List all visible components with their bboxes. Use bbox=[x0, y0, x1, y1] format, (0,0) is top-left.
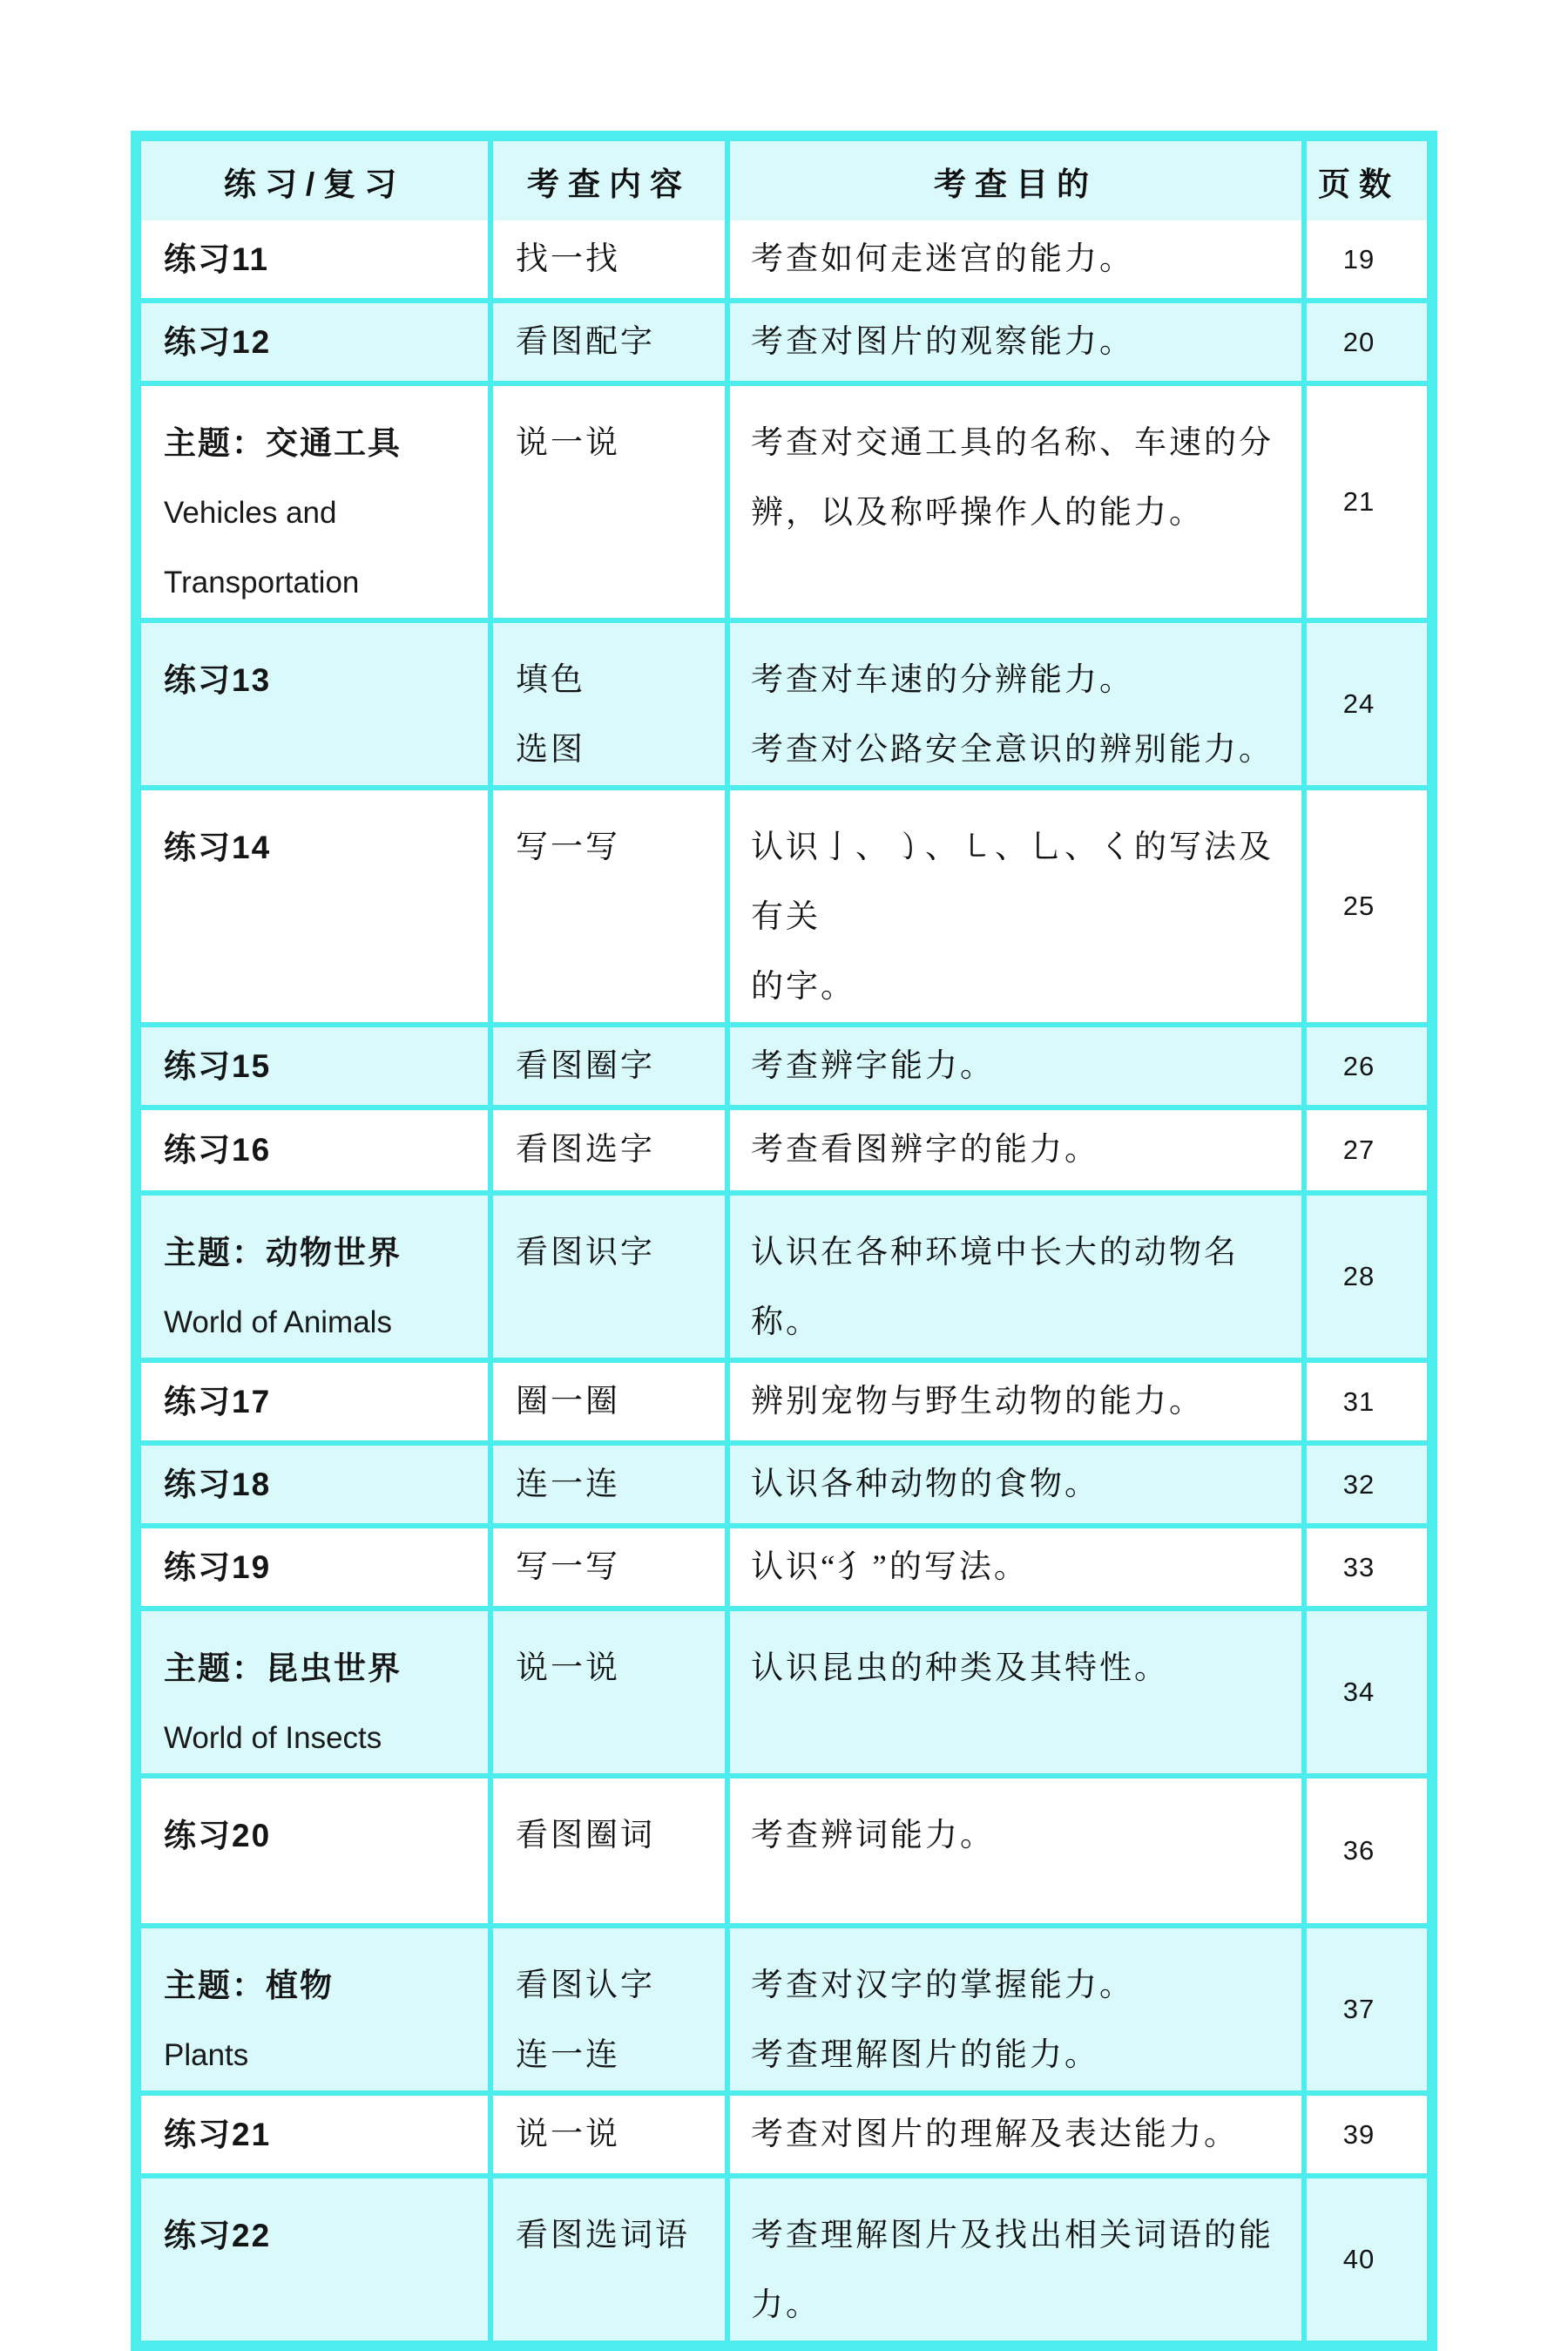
cell-text-line: 练习18 bbox=[164, 1450, 479, 1520]
cell-text-line: 考查对汉字的掌握能力。 bbox=[751, 1951, 1288, 2021]
purpose-cell: 考查对图片的理解及表达能力。 bbox=[725, 2096, 1301, 2173]
page-cell: 28 bbox=[1301, 1196, 1411, 1358]
header-page-number: 页数 bbox=[1301, 141, 1411, 220]
cell-text-line: 主题：植物 bbox=[164, 1951, 479, 2021]
page-cell: 39 bbox=[1301, 2096, 1411, 2173]
cell-text-line: 辨，以及称呼操作人的能力。 bbox=[751, 478, 1288, 548]
content-lines: 说一说 bbox=[493, 2100, 725, 2170]
page-cell: 25 bbox=[1301, 790, 1411, 1022]
cell-text-line: 考查对交通工具的名称、车速的分 bbox=[751, 409, 1288, 478]
page-cell: 27 bbox=[1301, 1110, 1411, 1190]
exercise-lines: 练习21 bbox=[141, 2100, 488, 2170]
cell-text-line: 考查对图片的理解及表达能力。 bbox=[751, 2100, 1288, 2170]
exercise-lines: 练习14 bbox=[141, 813, 488, 883]
header-exercise-review-label: 练习/复习 bbox=[141, 158, 488, 205]
content-cell: 看图圈字 bbox=[488, 1027, 725, 1105]
cell-text-line: 圈一圈 bbox=[516, 1367, 718, 1437]
purpose-lines: 考查对图片的理解及表达能力。 bbox=[730, 2100, 1301, 2170]
content-lines: 说一说 bbox=[493, 409, 725, 478]
exercise-cell: 练习12 bbox=[141, 303, 488, 381]
cell-text-line: 看图圈字 bbox=[516, 1032, 718, 1101]
cell-text-line: 练习16 bbox=[164, 1115, 479, 1185]
cell-text-line: 认识各种动物的食物。 bbox=[751, 1450, 1288, 1520]
content-cell: 找一找 bbox=[488, 220, 725, 298]
header-test-purpose: 考查目的 bbox=[725, 141, 1301, 220]
purpose-cell: 考查如何走迷宫的能力。 bbox=[725, 220, 1301, 298]
content-cell: 说一说 bbox=[488, 386, 725, 618]
content-cell: 看图选字 bbox=[488, 1110, 725, 1190]
cell-text-line: 认识昆虫的种类及其特性。 bbox=[751, 1634, 1288, 1704]
page-number: 24 bbox=[1343, 688, 1375, 720]
exercise-lines: 练习11 bbox=[141, 225, 488, 295]
cell-text-line: 辨别宠物与野生动物的能力。 bbox=[751, 1367, 1288, 1437]
page-number: 20 bbox=[1343, 327, 1375, 358]
cell-text-line: 考查辨字能力。 bbox=[751, 1032, 1288, 1101]
page-cell: 21 bbox=[1301, 386, 1411, 618]
content-cell: 填色选图 bbox=[488, 623, 725, 785]
purpose-cell: 考查辨词能力。 bbox=[725, 1778, 1301, 1923]
table-row: 主题：昆虫世界World of Insects 说一说 认识昆虫的种类及其特性。… bbox=[141, 1606, 1427, 1773]
page-cell: 31 bbox=[1301, 1363, 1411, 1440]
cell-text-line: 看图配字 bbox=[516, 308, 718, 377]
content-lines: 看图识字 bbox=[493, 1218, 725, 1288]
table-row: 练习14 写一写 认识亅、㇁、㇄、乚、く的写法及有关的字。 25 bbox=[141, 785, 1427, 1022]
table-row: 练习12 看图配字 考查对图片的观察能力。 20 bbox=[141, 298, 1427, 381]
cell-text-line: 练习13 bbox=[164, 646, 479, 715]
cell-text-line: 看图选字 bbox=[516, 1115, 718, 1185]
page-cell: 26 bbox=[1301, 1027, 1411, 1105]
exercise-cell: 练习13 bbox=[141, 623, 488, 785]
cell-text-line: 看图选词语 bbox=[516, 2201, 718, 2271]
cell-text-line: World of Insects bbox=[164, 1704, 479, 1773]
header-test-purpose-label: 考查目的 bbox=[730, 158, 1301, 205]
exercise-cell: 练习15 bbox=[141, 1027, 488, 1105]
page-number: 21 bbox=[1343, 486, 1375, 518]
exercise-cell: 主题：昆虫世界World of Insects bbox=[141, 1611, 488, 1773]
table-row: 练习13 填色选图 考查对车速的分辨能力。考查对公路安全意识的辨别能力。 24 bbox=[141, 618, 1427, 785]
page-cell: 24 bbox=[1301, 623, 1411, 785]
table-row: 练习16 看图选字 考查看图辨字的能力。 27 bbox=[141, 1105, 1427, 1190]
purpose-cell: 考查辨字能力。 bbox=[725, 1027, 1301, 1105]
cell-text-line: 主题：昆虫世界 bbox=[164, 1634, 479, 1704]
exercise-lines: 练习12 bbox=[141, 308, 488, 377]
content-lines: 找一找 bbox=[493, 225, 725, 295]
cell-text-line: 考查理解图片的能力。 bbox=[751, 2021, 1288, 2090]
cell-text-line: Plants bbox=[164, 2021, 479, 2090]
exercise-lines: 练习16 bbox=[141, 1115, 488, 1185]
purpose-cell: 考查对图片的观察能力。 bbox=[725, 303, 1301, 381]
page-cell: 32 bbox=[1301, 1446, 1411, 1523]
content-lines: 看图选字 bbox=[493, 1115, 725, 1185]
content-cell: 说一说 bbox=[488, 1611, 725, 1773]
page-number: 25 bbox=[1343, 891, 1375, 922]
exercise-cell: 练习19 bbox=[141, 1528, 488, 1606]
cell-text-line: 看图圈词 bbox=[516, 1801, 718, 1871]
cell-text-line: 连一连 bbox=[516, 2021, 718, 2090]
content-lines: 看图配字 bbox=[493, 308, 725, 377]
content-cell: 说一说 bbox=[488, 2096, 725, 2173]
header-page-number-label: 页数 bbox=[1318, 158, 1400, 205]
page-cell: 36 bbox=[1301, 1778, 1411, 1923]
cell-text-line: 选图 bbox=[516, 715, 718, 785]
exercise-cell: 练习18 bbox=[141, 1446, 488, 1523]
cell-text-line: 考查对公路安全意识的辨别能力。 bbox=[751, 715, 1288, 785]
page-number: 37 bbox=[1343, 1994, 1375, 2025]
purpose-lines: 辨别宠物与野生动物的能力。 bbox=[730, 1367, 1301, 1437]
content-cell: 圈一圈 bbox=[488, 1363, 725, 1440]
header-exercise-review: 练习/复习 bbox=[141, 141, 488, 220]
content-cell: 写一写 bbox=[488, 790, 725, 1022]
content-cell: 连一连 bbox=[488, 1446, 725, 1523]
table-row: 练习19 写一写 认识“犭”的写法。 33 bbox=[141, 1523, 1427, 1606]
page-cell: 19 bbox=[1301, 220, 1411, 298]
exercise-lines: 练习17 bbox=[141, 1367, 488, 1437]
table-row: 练习15 看图圈字 考查辨字能力。 26 bbox=[141, 1022, 1427, 1105]
purpose-cell: 考查对车速的分辨能力。考查对公路安全意识的辨别能力。 bbox=[725, 623, 1301, 785]
purpose-lines: 考查对车速的分辨能力。考查对公路安全意识的辨别能力。 bbox=[730, 646, 1301, 785]
content-cell: 看图配字 bbox=[488, 303, 725, 381]
table-row: 练习18 连一连 认识各种动物的食物。 32 bbox=[141, 1440, 1427, 1523]
content-lines: 看图选词语 bbox=[493, 2201, 725, 2271]
exercise-cell: 练习22 bbox=[141, 2178, 488, 2341]
content-cell: 看图认字连一连 bbox=[488, 1928, 725, 2090]
purpose-lines: 考查对图片的观察能力。 bbox=[730, 308, 1301, 377]
cell-text-line: 看图认字 bbox=[516, 1951, 718, 2021]
table-row: 主题：植物Plants 看图认字连一连 考查对汉字的掌握能力。考查理解图片的能力… bbox=[141, 1923, 1427, 2090]
purpose-cell: 考查对汉字的掌握能力。考查理解图片的能力。 bbox=[725, 1928, 1301, 2090]
exercise-cell: 主题：动物世界World of Animals bbox=[141, 1196, 488, 1358]
exercise-lines: 练习18 bbox=[141, 1450, 488, 1520]
content-lines: 看图圈词 bbox=[493, 1801, 725, 1871]
table-row: 练习11 找一找 考查如何走迷宫的能力。 19 bbox=[141, 220, 1427, 298]
exercise-lines: 主题：动物世界World of Animals bbox=[141, 1218, 488, 1358]
cell-text-line: 练习11 bbox=[164, 225, 479, 295]
exercise-lines: 主题：昆虫世界World of Insects bbox=[141, 1634, 488, 1773]
cell-text-line: 认识“犭”的写法。 bbox=[751, 1533, 1288, 1602]
exercise-lines: 主题：植物Plants bbox=[141, 1951, 488, 2090]
cell-text-line: 考查看图辨字的能力。 bbox=[751, 1115, 1288, 1185]
content-cell: 看图识字 bbox=[488, 1196, 725, 1358]
cell-text-line: 考查对图片的观察能力。 bbox=[751, 308, 1288, 377]
cell-text-line: 考查对车速的分辨能力。 bbox=[751, 646, 1288, 715]
table-row: 练习17 圈一圈 辨别宠物与野生动物的能力。 31 bbox=[141, 1358, 1427, 1440]
purpose-lines: 认识在各种环境中长大的动物名称。 bbox=[730, 1218, 1301, 1358]
purpose-cell: 考查对交通工具的名称、车速的分辨，以及称呼操作人的能力。 bbox=[725, 386, 1301, 618]
cell-text-line: 主题：交通工具 bbox=[164, 409, 479, 478]
page-cell: 34 bbox=[1301, 1611, 1411, 1773]
exercise-lines: 练习22 bbox=[141, 2201, 488, 2271]
cell-text-line: 写一写 bbox=[516, 1533, 718, 1602]
cell-text-line: 练习22 bbox=[164, 2201, 479, 2271]
cell-text-line: 的字。 bbox=[751, 952, 1288, 1022]
exercise-lines: 练习20 bbox=[141, 1801, 488, 1871]
exercise-lines: 练习13 bbox=[141, 646, 488, 715]
cell-text-line: 连一连 bbox=[516, 1450, 718, 1520]
cell-text-line: 练习12 bbox=[164, 308, 479, 377]
exercise-lines: 练习19 bbox=[141, 1533, 488, 1602]
content-lines: 写一写 bbox=[493, 1533, 725, 1602]
exercise-lines: 练习15 bbox=[141, 1032, 488, 1101]
table-row: 练习22 看图选词语 考查理解图片及找出相关词语的能力。 40 bbox=[141, 2173, 1427, 2341]
exercise-cell: 练习14 bbox=[141, 790, 488, 1022]
cell-text-line: 看图识字 bbox=[516, 1218, 718, 1288]
cell-text-line: 考查如何走迷宫的能力。 bbox=[751, 225, 1288, 295]
page-number: 34 bbox=[1343, 1677, 1375, 1708]
purpose-lines: 考查看图辨字的能力。 bbox=[730, 1115, 1301, 1185]
purpose-cell: 认识亅、㇁、㇄、乚、く的写法及有关的字。 bbox=[725, 790, 1301, 1022]
content-lines: 看图认字连一连 bbox=[493, 1951, 725, 2090]
contents-table: 练习/复习 考查内容 考查目的 页数 练习11 找一找 考查如何走迷宫的能力。 … bbox=[131, 131, 1437, 2351]
cell-text-line: 认识亅、㇁、㇄、乚、く的写法及有关 bbox=[751, 813, 1288, 952]
purpose-lines: 考查理解图片及找出相关词语的能力。 bbox=[730, 2201, 1301, 2341]
page-number: 31 bbox=[1343, 1386, 1375, 1418]
header-test-content-label: 考查内容 bbox=[493, 158, 725, 205]
purpose-cell: 认识各种动物的食物。 bbox=[725, 1446, 1301, 1523]
cell-text-line: 力。 bbox=[751, 2271, 1288, 2341]
table-row: 练习21 说一说 考查对图片的理解及表达能力。 39 bbox=[141, 2090, 1427, 2173]
cell-text-line: 练习19 bbox=[164, 1533, 479, 1602]
cell-text-line: 练习17 bbox=[164, 1367, 479, 1437]
cell-text-line: 认识在各种环境中长大的动物名 bbox=[751, 1218, 1288, 1288]
exercise-cell: 练习20 bbox=[141, 1778, 488, 1923]
cell-text-line: 找一找 bbox=[516, 225, 718, 295]
purpose-cell: 考查理解图片及找出相关词语的能力。 bbox=[725, 2178, 1301, 2341]
cell-text-line: 说一说 bbox=[516, 409, 718, 478]
purpose-lines: 认识“犭”的写法。 bbox=[730, 1533, 1301, 1602]
page-number: 19 bbox=[1343, 244, 1375, 275]
cell-text-line: 练习20 bbox=[164, 1801, 479, 1871]
cell-text-line: 写一写 bbox=[516, 813, 718, 883]
cell-text-line: 主题：动物世界 bbox=[164, 1218, 479, 1288]
page-number: 32 bbox=[1343, 1469, 1375, 1501]
table-header-row: 练习/复习 考查内容 考查目的 页数 bbox=[141, 141, 1427, 220]
content-cell: 写一写 bbox=[488, 1528, 725, 1606]
cell-text-line: 填色 bbox=[516, 646, 718, 715]
page-number: 40 bbox=[1343, 2244, 1375, 2275]
cell-text-line: 称。 bbox=[751, 1288, 1288, 1358]
purpose-lines: 考查如何走迷宫的能力。 bbox=[730, 225, 1301, 295]
cell-text-line: 考查理解图片及找出相关词语的能 bbox=[751, 2201, 1288, 2271]
cell-text-line: 说一说 bbox=[516, 2100, 718, 2170]
purpose-lines: 考查辨词能力。 bbox=[730, 1801, 1301, 1871]
purpose-lines: 认识亅、㇁、㇄、乚、く的写法及有关的字。 bbox=[730, 813, 1301, 1022]
cell-text-line: World of Animals bbox=[164, 1288, 479, 1358]
exercise-cell: 练习17 bbox=[141, 1363, 488, 1440]
purpose-lines: 考查辨字能力。 bbox=[730, 1032, 1301, 1101]
page-cell: 37 bbox=[1301, 1928, 1411, 2090]
purpose-cell: 考查看图辨字的能力。 bbox=[725, 1110, 1301, 1190]
table-body: 练习11 找一找 考查如何走迷宫的能力。 19 练习12 看图配字 考查对图片的… bbox=[141, 220, 1427, 2341]
content-lines: 圈一圈 bbox=[493, 1367, 725, 1437]
purpose-cell: 辨别宠物与野生动物的能力。 bbox=[725, 1363, 1301, 1440]
purpose-cell: 认识“犭”的写法。 bbox=[725, 1528, 1301, 1606]
page-number: 33 bbox=[1343, 1552, 1375, 1583]
table-row: 练习20 看图圈词 考查辨词能力。 36 bbox=[141, 1773, 1427, 1923]
exercise-cell: 练习21 bbox=[141, 2096, 488, 2173]
page-number: 27 bbox=[1343, 1135, 1375, 1166]
page-cell: 40 bbox=[1301, 2178, 1411, 2341]
purpose-cell: 认识昆虫的种类及其特性。 bbox=[725, 1611, 1301, 1773]
header-test-content: 考查内容 bbox=[488, 141, 725, 220]
purpose-lines: 考查对汉字的掌握能力。考查理解图片的能力。 bbox=[730, 1951, 1301, 2090]
cell-text-line: 考查辨词能力。 bbox=[751, 1801, 1288, 1871]
purpose-lines: 认识昆虫的种类及其特性。 bbox=[730, 1634, 1301, 1704]
table-row: 主题：动物世界World of Animals 看图识字 认识在各种环境中长大的… bbox=[141, 1190, 1427, 1358]
exercise-cell: 练习16 bbox=[141, 1110, 488, 1190]
content-lines: 写一写 bbox=[493, 813, 725, 883]
content-lines: 说一说 bbox=[493, 1634, 725, 1704]
cell-text-line: 练习21 bbox=[164, 2100, 479, 2170]
page-number: 28 bbox=[1343, 1261, 1375, 1292]
content-lines: 填色选图 bbox=[493, 646, 725, 785]
exercise-cell: 主题：植物Plants bbox=[141, 1928, 488, 2090]
page-number: 39 bbox=[1343, 2119, 1375, 2151]
purpose-lines: 认识各种动物的食物。 bbox=[730, 1450, 1301, 1520]
table-row: 主题：交通工具Vehicles andTransportation 说一说 考查… bbox=[141, 381, 1427, 618]
page-number: 26 bbox=[1343, 1051, 1375, 1082]
purpose-cell: 认识在各种环境中长大的动物名称。 bbox=[725, 1196, 1301, 1358]
cell-text-line: Transportation bbox=[164, 548, 479, 618]
cell-text-line: 说一说 bbox=[516, 1634, 718, 1704]
exercise-cell: 练习11 bbox=[141, 220, 488, 298]
cell-text-line: 练习15 bbox=[164, 1032, 479, 1101]
content-cell: 看图圈词 bbox=[488, 1778, 725, 1923]
exercise-cell: 主题：交通工具Vehicles andTransportation bbox=[141, 386, 488, 618]
exercise-lines: 主题：交通工具Vehicles andTransportation bbox=[141, 409, 488, 618]
content-lines: 看图圈字 bbox=[493, 1032, 725, 1101]
page-cell: 33 bbox=[1301, 1528, 1411, 1606]
cell-text-line: Vehicles and bbox=[164, 478, 479, 548]
content-lines: 连一连 bbox=[493, 1450, 725, 1520]
page-cell: 20 bbox=[1301, 303, 1411, 381]
page-number: 36 bbox=[1343, 1835, 1375, 1867]
content-cell: 看图选词语 bbox=[488, 2178, 725, 2341]
cell-text-line: 练习14 bbox=[164, 813, 479, 883]
purpose-lines: 考查对交通工具的名称、车速的分辨，以及称呼操作人的能力。 bbox=[730, 409, 1301, 548]
